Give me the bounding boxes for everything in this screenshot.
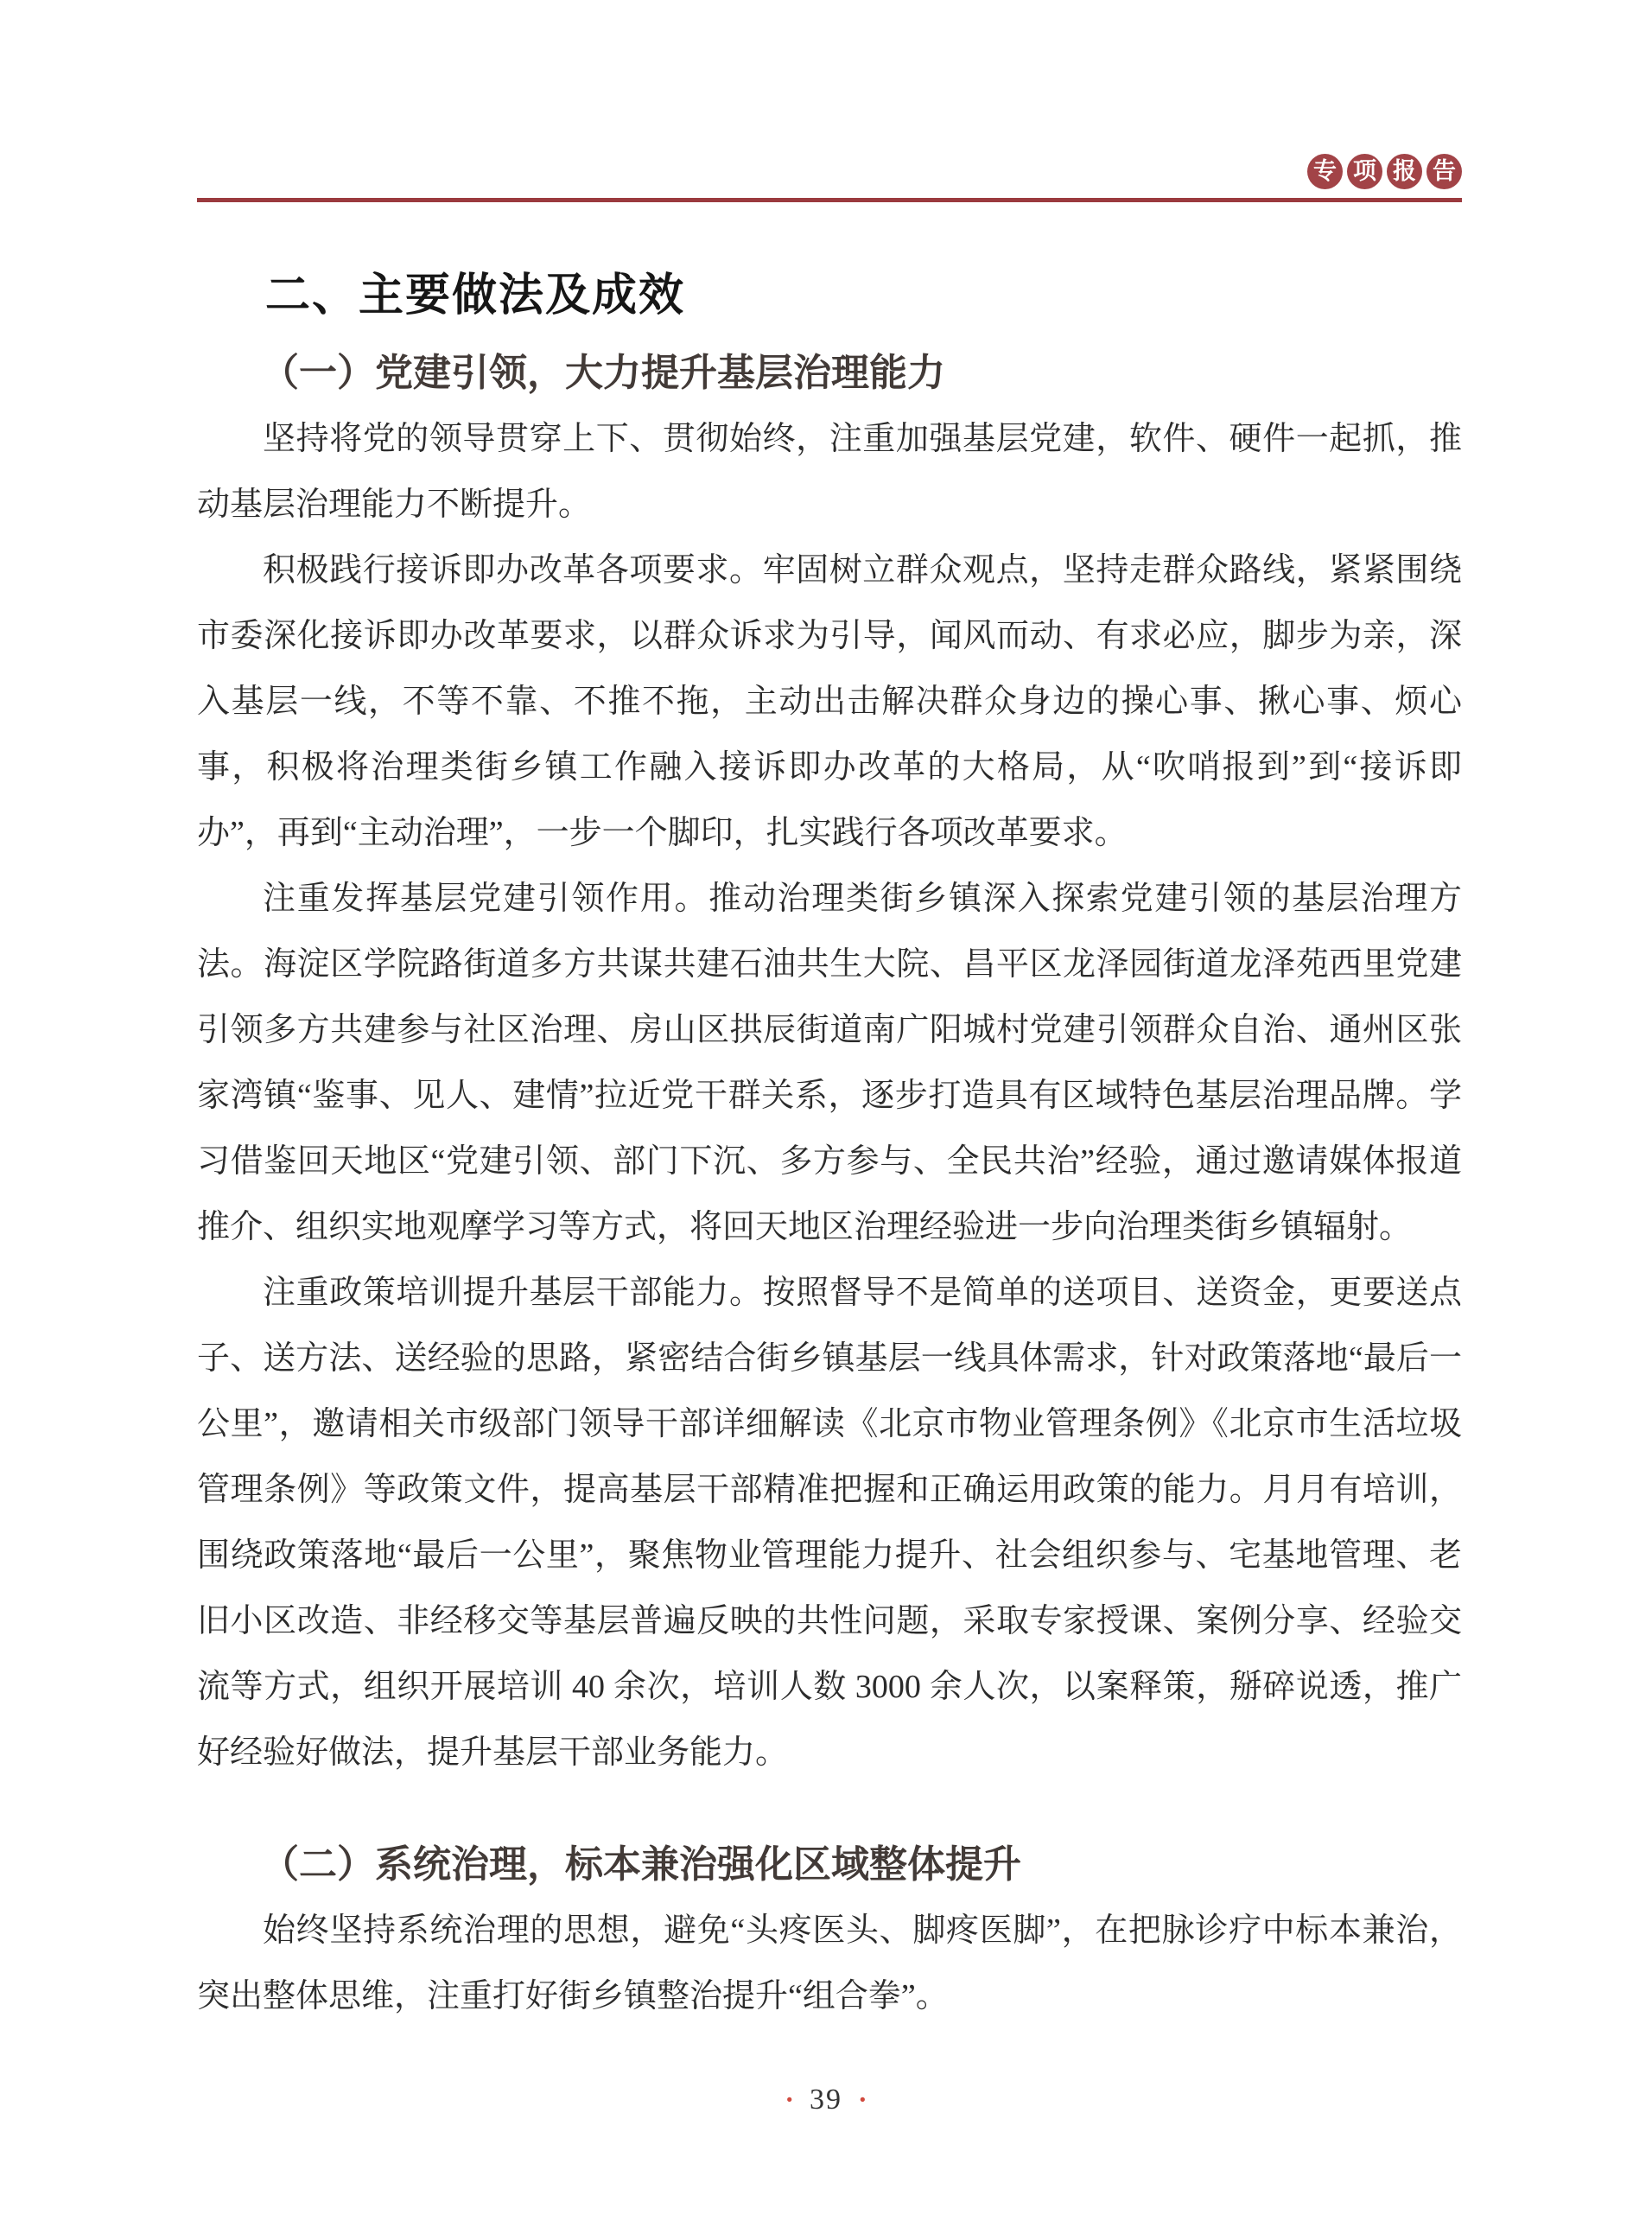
section-2-heading: （二）系统治理，标本兼治强化区域整体提升 [261,1842,1462,1887]
header-badge-group: 专 项 报 告 [197,0,1462,189]
page-footer: · 39 · [0,2081,1652,2119]
header-rule [197,198,1462,202]
header-badge-char: 告 [1426,154,1462,189]
footer-dot-right: · [856,2081,869,2119]
page-title: 二、主要做法及成效 [265,269,1462,322]
body-paragraph: 注重政策培训提升基层干部能力。按照督导不是简单的送项目、送资金，更要送点子、送方… [197,1260,1462,1785]
body-paragraph: 积极践行接诉即办改革各项要求。牢固树立群众观点，坚持走群众路线，紧紧围绕市委深化… [197,538,1462,866]
header-badge-char: 项 [1347,154,1382,189]
body-paragraph: 始终坚持系统治理的思想，避免“头疼医头、脚疼医脚”，在把脉诊疗中标本兼治，突出整… [197,1898,1462,2029]
report-page: 专 项 报 告 二、主要做法及成效 （一）党建引领，大力提升基层治理能力 坚持将… [0,0,1652,2240]
footer-dot-left: · [783,2081,796,2119]
section-1-heading: （一）党建引领，大力提升基层治理能力 [261,350,1462,396]
header-badge-char: 报 [1387,154,1422,189]
body-paragraph: 坚持将党的领导贯穿上下、贯彻始终，注重加强基层党建，软件、硬件一起抓，推动基层治… [197,406,1462,538]
body-paragraph: 注重发挥基层党建引领作用。推动治理类街乡镇深入探索党建引领的基层治理方法。海淀区… [197,866,1462,1260]
header-badge-char: 专 [1307,154,1343,189]
page-number: 39 [810,2084,842,2116]
